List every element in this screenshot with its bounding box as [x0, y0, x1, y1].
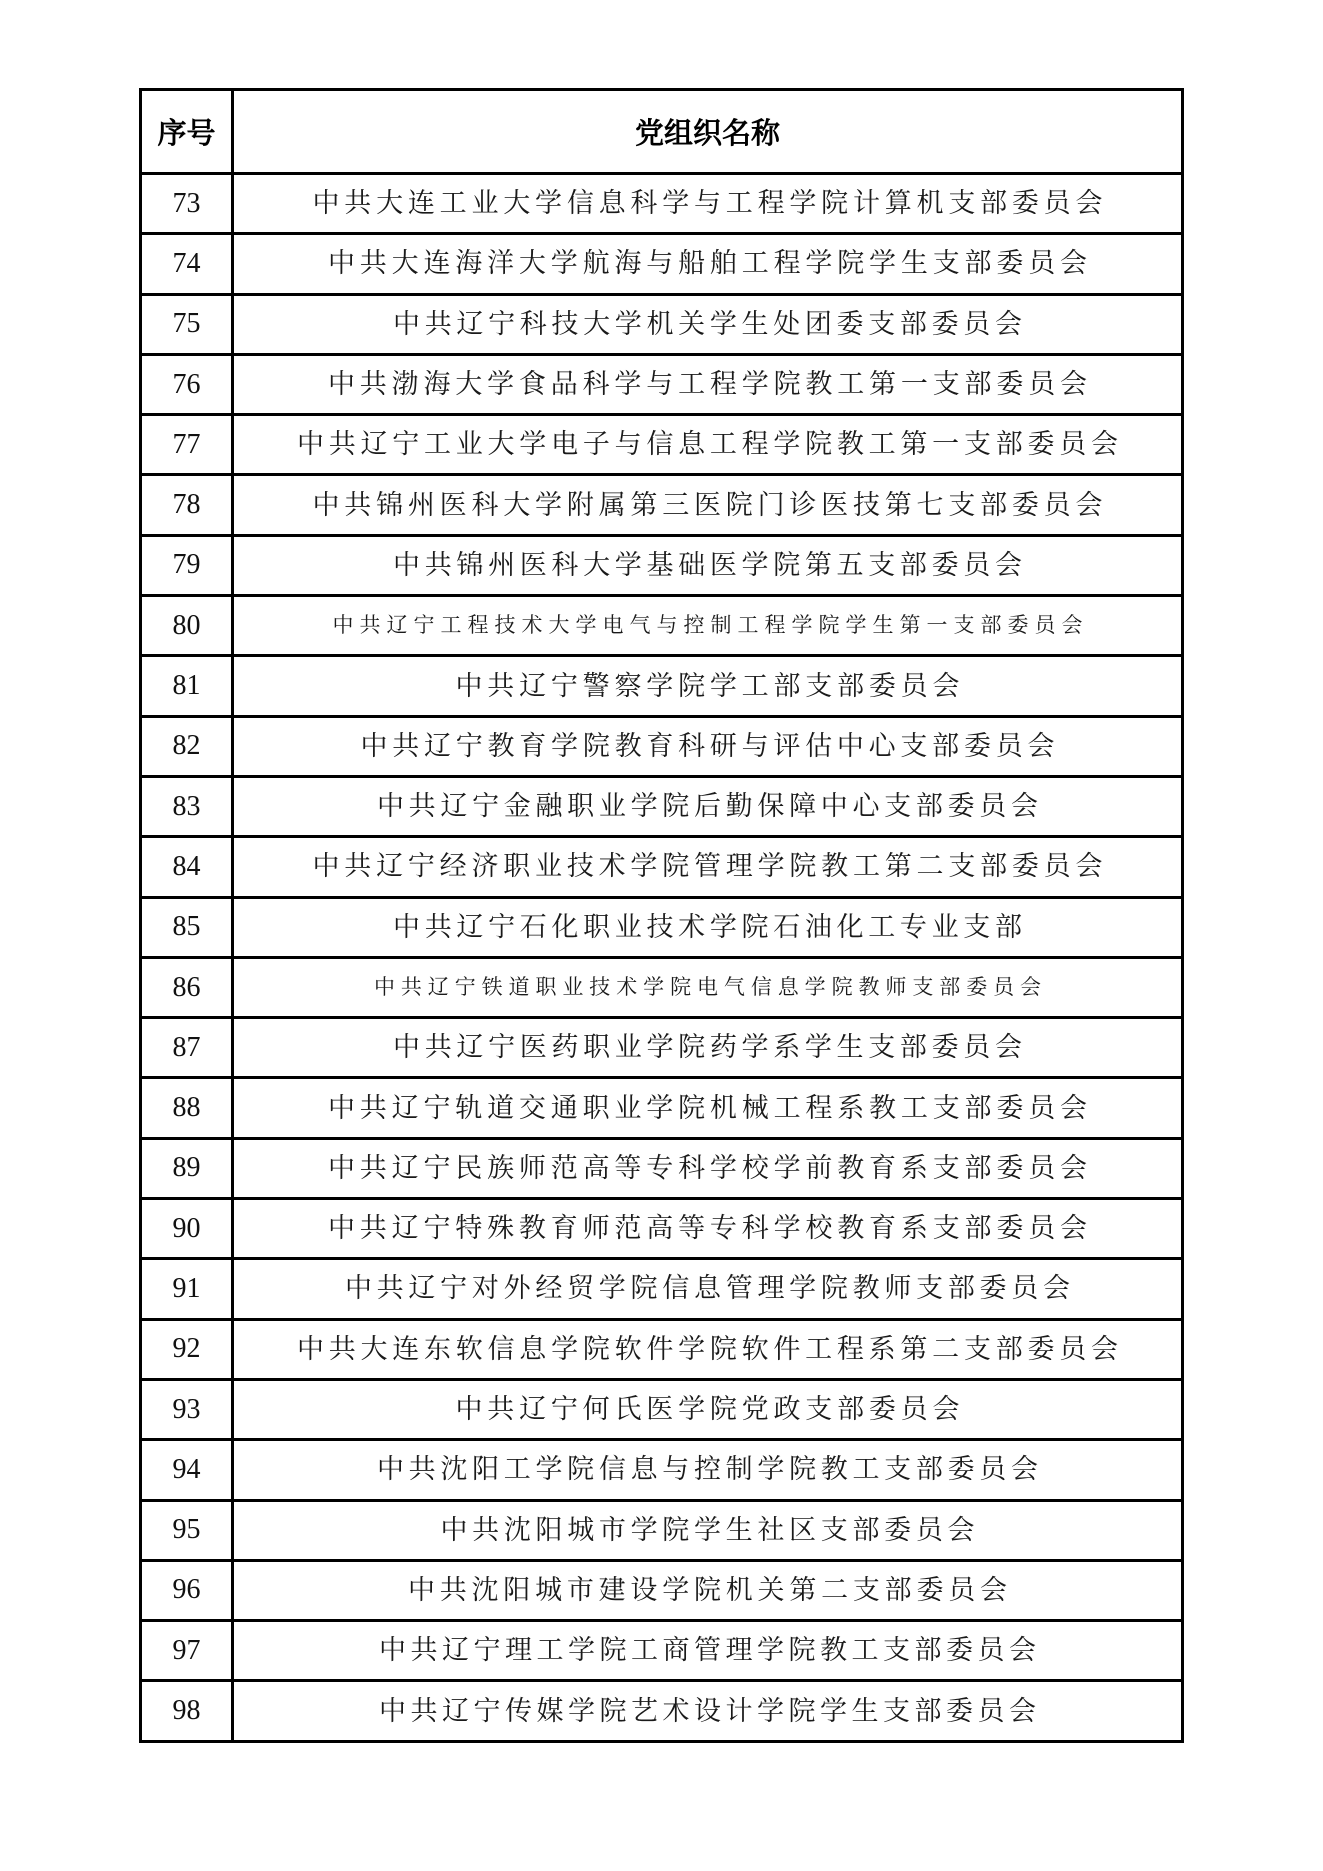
serial-number-cell: 79 — [142, 537, 234, 594]
organization-name-text: 中共辽宁石化职业技术学院石油化工专业支部 — [393, 914, 1027, 941]
organization-name-cell: 中共辽宁金融职业学院后勤保障中心支部委员会 — [234, 778, 1181, 835]
organization-name-text: 中共辽宁传媒学院艺术设计学院学生支部委员会 — [379, 1698, 1041, 1725]
organization-name-cell: 中共辽宁教育学院教育科研与评估中心支部委员会 — [234, 718, 1181, 775]
serial-number-cell: 98 — [142, 1682, 234, 1739]
party-organization-table: 序号 党组织名称 73 中共大连工业大学信息科学与工程学院计算机支部委员会 74… — [139, 88, 1184, 1743]
serial-number-cell: 97 — [142, 1622, 234, 1679]
organization-name-cell: 中共辽宁传媒学院艺术设计学院学生支部委员会 — [234, 1682, 1181, 1739]
table-row: 83 中共辽宁金融职业学院后勤保障中心支部委员会 — [142, 775, 1181, 835]
organization-name-text: 中共辽宁对外经贸学院信息管理学院教师支部委员会 — [345, 1275, 1075, 1302]
table-row: 96 中共沈阳城市建设学院机关第二支部委员会 — [142, 1559, 1181, 1619]
organization-name-text: 中共辽宁轨道交通职业学院机械工程系教工支部委员会 — [328, 1095, 1092, 1122]
table-row: 76 中共渤海大学食品科学与工程学院教工第一支部委员会 — [142, 353, 1181, 413]
table-row: 97 中共辽宁理工学院工商管理学院教工支部委员会 — [142, 1619, 1181, 1679]
serial-number-cell: 94 — [142, 1441, 234, 1498]
column-header-serial-number: 序号 — [142, 91, 234, 172]
organization-name-text: 中共沈阳城市学院学生社区支部委员会 — [440, 1517, 979, 1544]
organization-name-cell: 中共辽宁科技大学机关学生处团委支部委员会 — [234, 296, 1181, 353]
organization-name-text: 中共渤海大学食品科学与工程学院教工第一支部委员会 — [328, 371, 1092, 398]
organization-name-cell: 中共锦州医科大学基础医学院第五支部委员会 — [234, 537, 1181, 594]
organization-name-cell: 中共辽宁经济职业技术学院管理学院教工第二支部委员会 — [234, 838, 1181, 895]
serial-number-cell: 77 — [142, 416, 234, 473]
organization-name-cell: 中共大连工业大学信息科学与工程学院计算机支部委员会 — [234, 175, 1181, 232]
organization-name-text: 中共锦州医科大学附属第三医院门诊医技第七支部委员会 — [313, 492, 1108, 519]
organization-name-cell: 中共辽宁对外经贸学院信息管理学院教师支部委员会 — [234, 1260, 1181, 1317]
serial-number-cell: 87 — [142, 1019, 234, 1076]
serial-number-cell: 93 — [142, 1381, 234, 1438]
organization-name-cell: 中共辽宁特殊教育师范高等专科学校教育系支部委员会 — [234, 1200, 1181, 1257]
organization-name-cell: 中共辽宁石化职业技术学院石油化工专业支部 — [234, 899, 1181, 956]
organization-name-text: 中共沈阳工学院信息与控制学院教工支部委员会 — [377, 1456, 1043, 1483]
organization-name-text: 中共大连工业大学信息科学与工程学院计算机支部委员会 — [313, 190, 1108, 217]
organization-name-text: 中共辽宁铁道职业技术学院电气信息学院教师支部委员会 — [374, 977, 1047, 998]
organization-name-cell: 中共沈阳工学院信息与控制学院教工支部委员会 — [234, 1441, 1181, 1498]
table-row: 77 中共辽宁工业大学电子与信息工程学院教工第一支部委员会 — [142, 413, 1181, 473]
table-row: 98 中共辽宁传媒学院艺术设计学院学生支部委员会 — [142, 1679, 1181, 1739]
serial-number-cell: 90 — [142, 1200, 234, 1257]
serial-number-cell: 92 — [142, 1321, 234, 1378]
serial-number-cell: 75 — [142, 296, 234, 353]
table-row: 81 中共辽宁警察学院学工部支部委员会 — [142, 654, 1181, 714]
organization-name-cell: 中共渤海大学食品科学与工程学院教工第一支部委员会 — [234, 356, 1181, 413]
serial-number-cell: 74 — [142, 235, 234, 292]
organization-name-text: 中共辽宁经济职业技术学院管理学院教工第二支部委员会 — [313, 853, 1108, 880]
serial-number-cell: 83 — [142, 778, 234, 835]
table-row: 88 中共辽宁轨道交通职业学院机械工程系教工支部委员会 — [142, 1076, 1181, 1136]
organization-name-cell: 中共辽宁理工学院工商管理学院教工支部委员会 — [234, 1622, 1181, 1679]
organization-name-text: 中共大连东软信息学院软件学院软件工程系第二支部委员会 — [297, 1336, 1123, 1363]
serial-number-cell: 76 — [142, 356, 234, 413]
serial-number-cell: 86 — [142, 959, 234, 1016]
serial-number-cell: 78 — [142, 476, 234, 533]
serial-number-cell: 88 — [142, 1079, 234, 1136]
organization-name-cell: 中共锦州医科大学附属第三医院门诊医技第七支部委员会 — [234, 476, 1181, 533]
table-row: 74 中共大连海洋大学航海与船舶工程学院学生支部委员会 — [142, 232, 1181, 292]
table-row: 92 中共大连东软信息学院软件学院软件工程系第二支部委员会 — [142, 1318, 1181, 1378]
organization-name-text: 中共锦州医科大学基础医学院第五支部委员会 — [393, 552, 1027, 579]
organization-name-text: 中共辽宁何氏医学院党政支部委员会 — [455, 1396, 964, 1423]
serial-number-cell: 84 — [142, 838, 234, 895]
table-row: 94 中共沈阳工学院信息与控制学院教工支部委员会 — [142, 1438, 1181, 1498]
organization-name-cell: 中共辽宁铁道职业技术学院电气信息学院教师支部委员会 — [234, 959, 1181, 1016]
organization-name-cell: 中共辽宁警察学院学工部支部委员会 — [234, 657, 1181, 714]
table-row: 89 中共辽宁民族师范高等专科学校学前教育系支部委员会 — [142, 1137, 1181, 1197]
serial-number-cell: 85 — [142, 899, 234, 956]
table-header-row: 序号 党组织名称 — [142, 91, 1181, 172]
organization-name-text: 中共沈阳城市建设学院机关第二支部委员会 — [408, 1577, 1012, 1604]
table-row: 73 中共大连工业大学信息科学与工程学院计算机支部委员会 — [142, 172, 1181, 232]
organization-name-text: 中共辽宁警察学院学工部支部委员会 — [455, 673, 964, 700]
organization-name-cell: 中共辽宁工业大学电子与信息工程学院教工第一支部委员会 — [234, 416, 1181, 473]
serial-number-cell: 89 — [142, 1140, 234, 1197]
organization-name-cell: 中共辽宁医药职业学院药学系学生支部委员会 — [234, 1019, 1181, 1076]
serial-number-cell: 91 — [142, 1260, 234, 1317]
serial-number-cell: 80 — [142, 597, 234, 654]
table-row: 95 中共沈阳城市学院学生社区支部委员会 — [142, 1499, 1181, 1559]
serial-number-cell: 96 — [142, 1562, 234, 1619]
organization-name-cell: 中共大连海洋大学航海与船舶工程学院学生支部委员会 — [234, 235, 1181, 292]
organization-name-cell: 中共大连东软信息学院软件学院软件工程系第二支部委员会 — [234, 1321, 1181, 1378]
organization-name-cell: 中共沈阳城市学院学生社区支部委员会 — [234, 1502, 1181, 1559]
table-row: 85 中共辽宁石化职业技术学院石油化工专业支部 — [142, 896, 1181, 956]
organization-name-cell: 中共辽宁民族师范高等专科学校学前教育系支部委员会 — [234, 1140, 1181, 1197]
organization-name-text: 中共辽宁工业大学电子与信息工程学院教工第一支部委员会 — [297, 431, 1123, 458]
serial-number-cell: 95 — [142, 1502, 234, 1559]
organization-name-text: 中共辽宁金融职业学院后勤保障中心支部委员会 — [377, 793, 1043, 820]
table-row: 79 中共锦州医科大学基础医学院第五支部委员会 — [142, 534, 1181, 594]
column-header-organization-name: 党组织名称 — [234, 91, 1181, 172]
organization-name-text: 中共辽宁教育学院教育科研与评估中心支部委员会 — [361, 733, 1060, 760]
table-body: 73 中共大连工业大学信息科学与工程学院计算机支部委员会 74 中共大连海洋大学… — [142, 172, 1181, 1740]
organization-name-cell: 中共辽宁轨道交通职业学院机械工程系教工支部委员会 — [234, 1079, 1181, 1136]
table-row: 87 中共辽宁医药职业学院药学系学生支部委员会 — [142, 1016, 1181, 1076]
organization-name-text: 中共辽宁特殊教育师范高等专科学校教育系支部委员会 — [328, 1215, 1092, 1242]
table-row: 86 中共辽宁铁道职业技术学院电气信息学院教师支部委员会 — [142, 956, 1181, 1016]
table-row: 78 中共锦州医科大学附属第三医院门诊医技第七支部委员会 — [142, 473, 1181, 533]
organization-name-text: 中共辽宁工程技术大学电气与控制工程学院学生第一支部委员会 — [333, 615, 1089, 636]
table-row: 75 中共辽宁科技大学机关学生处团委支部委员会 — [142, 293, 1181, 353]
organization-name-cell: 中共辽宁何氏医学院党政支部委员会 — [234, 1381, 1181, 1438]
serial-number-cell: 81 — [142, 657, 234, 714]
table-row: 84 中共辽宁经济职业技术学院管理学院教工第二支部委员会 — [142, 835, 1181, 895]
organization-name-text: 中共辽宁理工学院工商管理学院教工支部委员会 — [379, 1637, 1041, 1664]
serial-number-cell: 73 — [142, 175, 234, 232]
organization-name-cell: 中共辽宁工程技术大学电气与控制工程学院学生第一支部委员会 — [234, 597, 1181, 654]
organization-name-text: 中共辽宁科技大学机关学生处团委支部委员会 — [393, 311, 1027, 338]
table-row: 90 中共辽宁特殊教育师范高等专科学校教育系支部委员会 — [142, 1197, 1181, 1257]
table-row: 82 中共辽宁教育学院教育科研与评估中心支部委员会 — [142, 715, 1181, 775]
organization-name-text: 中共辽宁民族师范高等专科学校学前教育系支部委员会 — [328, 1155, 1092, 1182]
table-row: 80 中共辽宁工程技术大学电气与控制工程学院学生第一支部委员会 — [142, 594, 1181, 654]
table-row: 91 中共辽宁对外经贸学院信息管理学院教师支部委员会 — [142, 1257, 1181, 1317]
organization-name-text: 中共大连海洋大学航海与船舶工程学院学生支部委员会 — [328, 250, 1092, 277]
organization-name-text: 中共辽宁医药职业学院药学系学生支部委员会 — [393, 1034, 1027, 1061]
table-row: 93 中共辽宁何氏医学院党政支部委员会 — [142, 1378, 1181, 1438]
serial-number-cell: 82 — [142, 718, 234, 775]
organization-name-cell: 中共沈阳城市建设学院机关第二支部委员会 — [234, 1562, 1181, 1619]
